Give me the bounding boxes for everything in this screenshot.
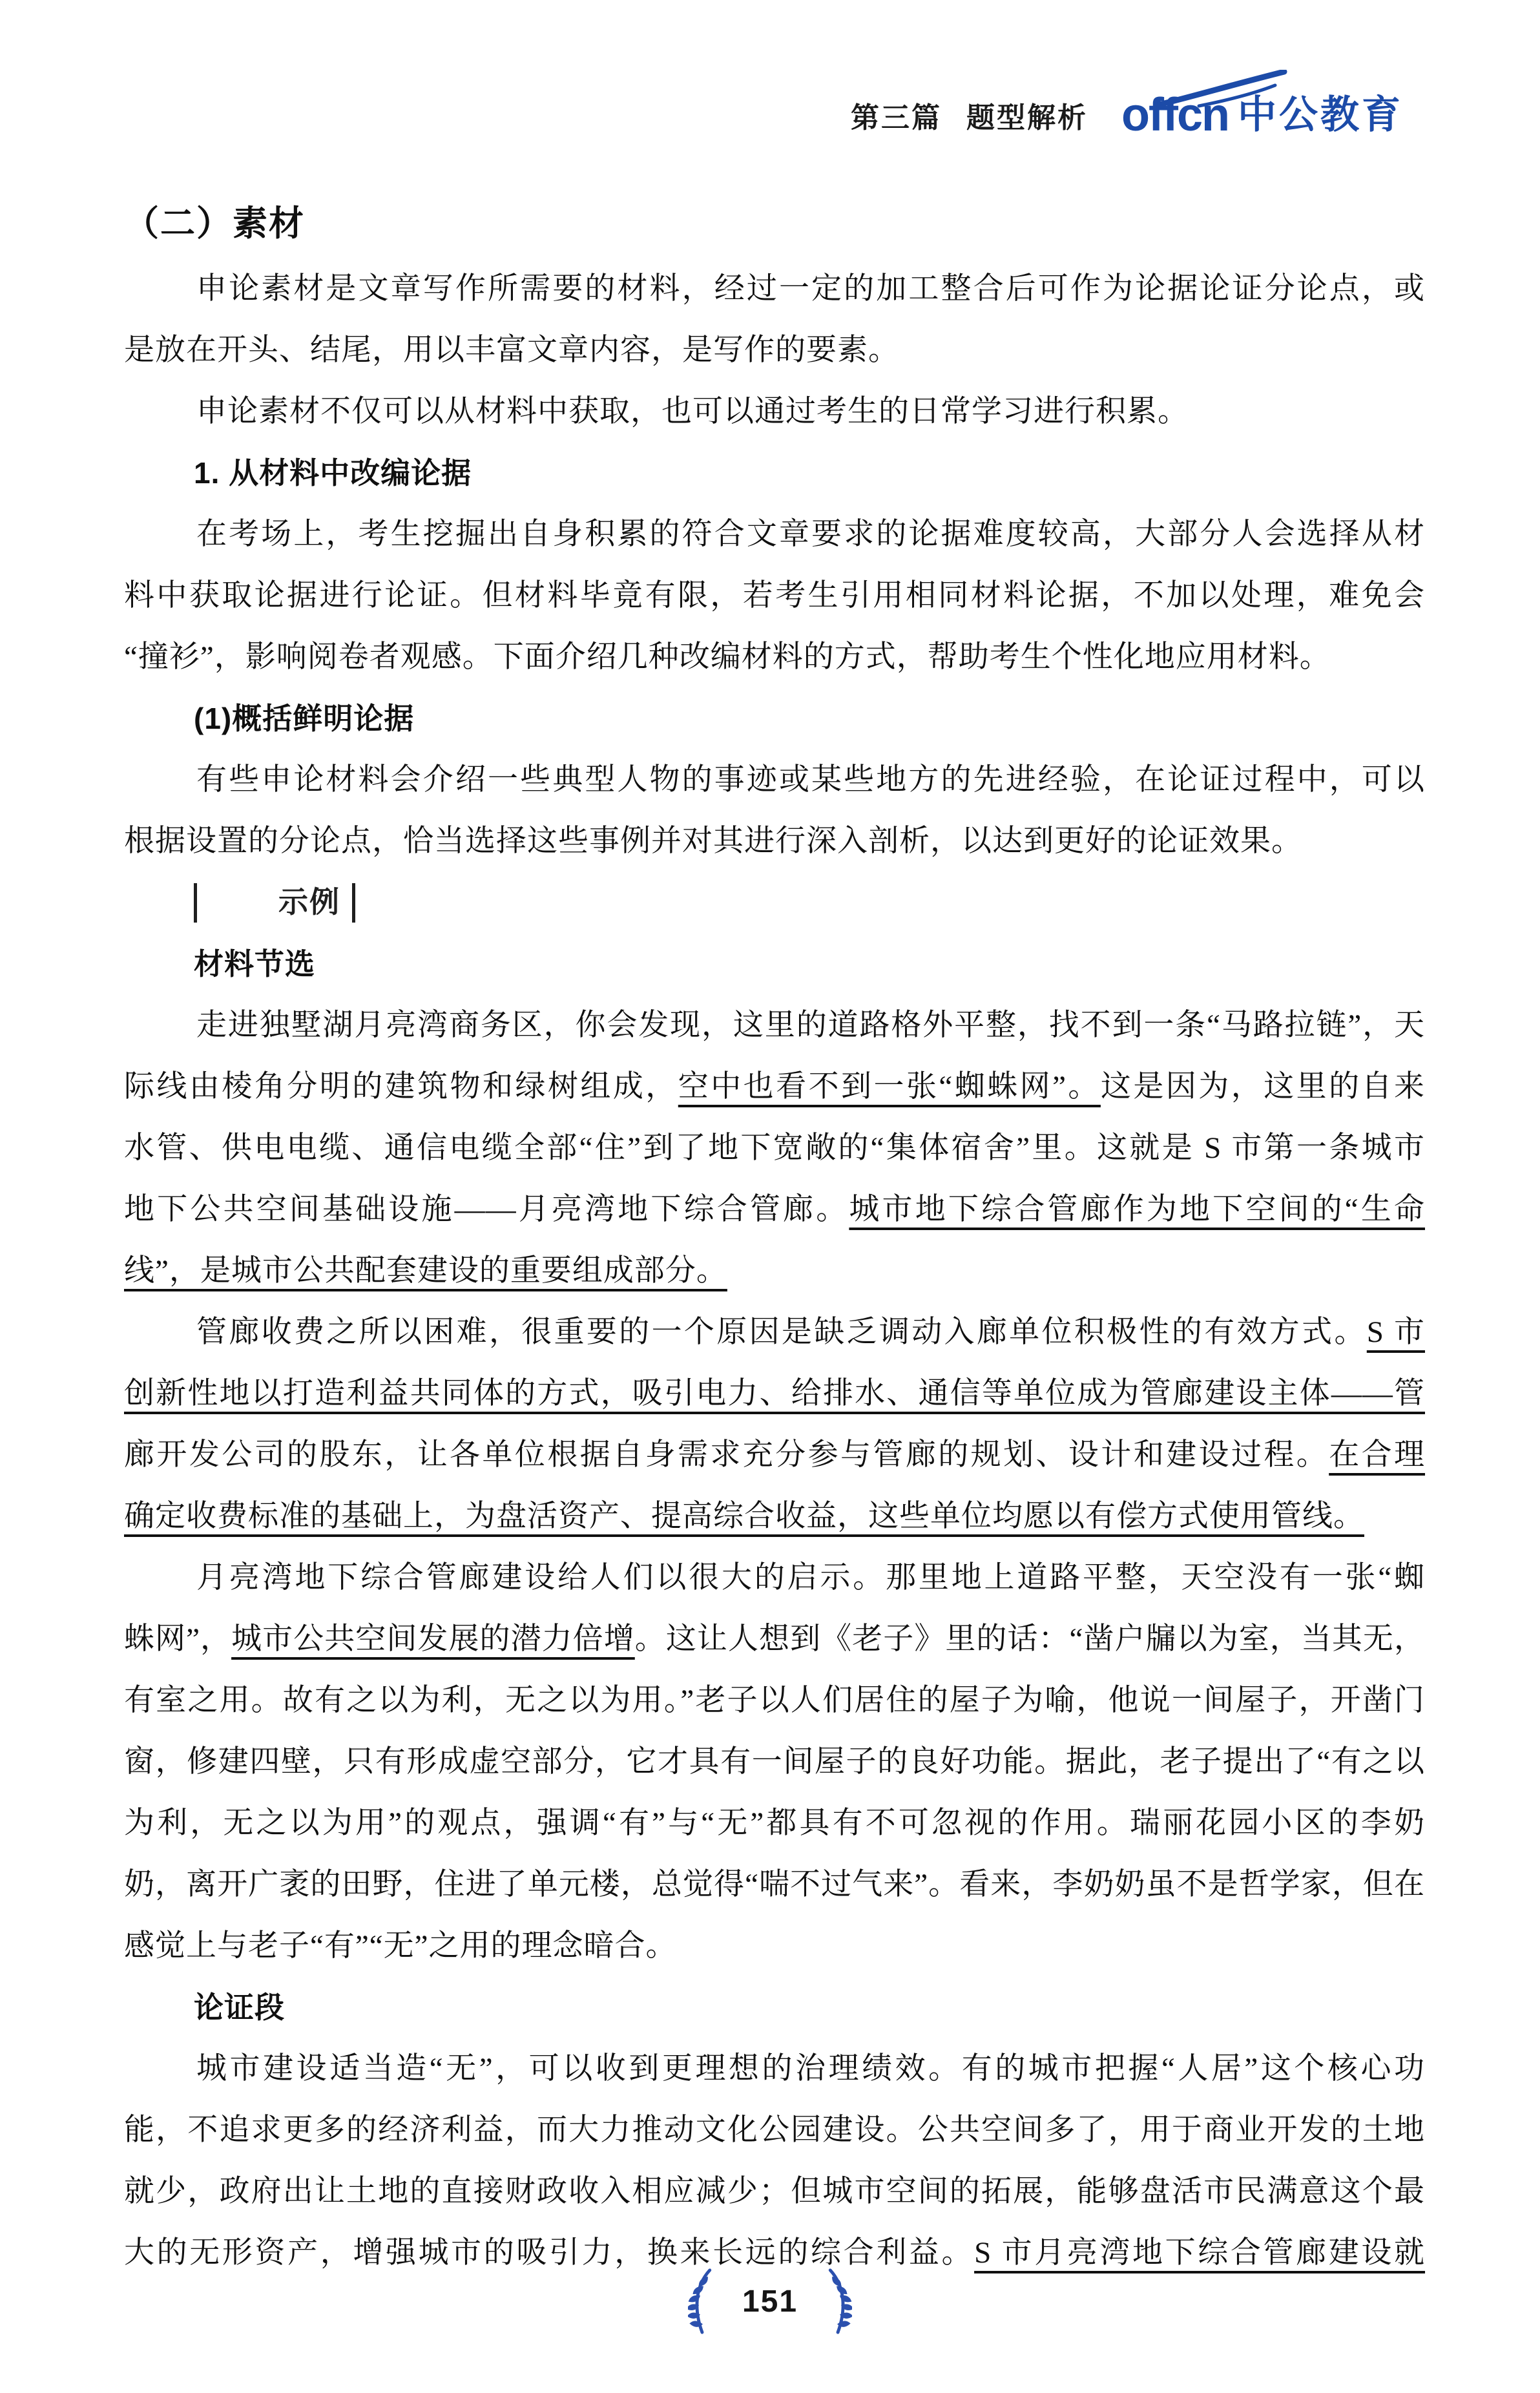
paragraph-line: 月亮湾地下综合管廊建设给人们以很大的启示。那里地上道路平整，天空没有一张“蜘: [124, 1547, 1425, 1609]
laurel-right-icon: [826, 2266, 852, 2336]
text-segment: 感觉上与老子“有”“无”之用的理念暗合。: [124, 1929, 676, 1963]
paragraph-line: 地下公共空间基础设施——月亮湾地下综合管廊。城市地下综合管廊作为地下空间的“生命: [124, 1179, 1425, 1240]
text-segment: 有些申论材料会介绍一些典型人物的事迹或某些地方的先进经验，在论证过程中，可以: [196, 763, 1425, 797]
text-segment: 这是因为，这里的自来: [1101, 1070, 1425, 1103]
paragraph-line: 感觉上与老子“有”“无”之用的理念暗合。: [124, 1916, 1425, 1977]
paragraph-line: 蛛网”，城市公共空间发展的潜力倍增。这让人想到《老子》里的话：“凿户牖以为室，当…: [124, 1609, 1425, 1670]
paragraph-line: 走进独墅湖月亮湾商务区，你会发现，这里的道路格外平整，找不到一条“马路拉链”，天: [124, 995, 1425, 1056]
text-segment: 能，不追求更多的经济利益，而大力推动文化公园建设。公共空间多了，用于商业开发的土…: [124, 2113, 1425, 2147]
paragraph-line: 际线由棱角分明的建筑物和绿树组成，空中也看不到一张“蜘蛛网”。这是因为，这里的自…: [124, 1056, 1425, 1118]
text-segment: 示例: [278, 886, 340, 919]
underlined-segment: 创新性地以打造利益共同体的方式，吸引电力、给排水、通信等单位成为管廊建设主体——…: [124, 1377, 1425, 1410]
paragraph-line: 为利，无之以为用”的观点，强调“有”与“无”都具有不可忽视的作用。瑞丽花园小区的…: [124, 1793, 1425, 1854]
page-body: （二）素材申论素材是文章写作所需要的材料，经过一定的加工整合后可作为论据论证分论…: [124, 189, 1425, 2284]
text-segment: 走进独墅湖月亮湾商务区，你会发现，这里的道路格外平整，找不到一条“马路拉链”，天: [196, 1008, 1425, 1042]
underlined-segment: 空中也看不到一张“蜘蛛网”。: [678, 1070, 1101, 1103]
running-head: 第三篇 题型解析 offcn 中公教育: [851, 92, 1403, 138]
underlined-segment: 确定收费标准的基础上，为盘活资产、提高综合收益，这些单位均愿以有偿方式使用管线。: [124, 1500, 1364, 1533]
example-marker: 示例: [124, 872, 1425, 934]
text-segment: (1)概括鲜明论据: [194, 702, 414, 735]
page-number: 151: [742, 2284, 798, 2319]
material-label: 材料节选: [124, 934, 1425, 995]
logo-text-en: offcn: [1121, 92, 1229, 138]
paragraph-line: 确定收费标准的基础上，为盘活资产、提高综合收益，这些单位均愿以有偿方式使用管线。: [124, 1486, 1425, 1547]
laurel-left-icon: [688, 2266, 714, 2336]
text-segment: （二）素材: [124, 204, 305, 243]
heading-sub: 1. 从材料中改编论据: [124, 443, 1425, 504]
heading-sub: (1)概括鲜明论据: [124, 688, 1425, 749]
book-page: { "header": { "part_label": "第三篇", "part…: [0, 0, 1540, 2393]
text-segment: 根据设置的分论点，恰当选择这些事例并对其进行深入剖析，以达到更好的论证效果。: [124, 824, 1302, 858]
offcn-logo: offcn 中公教育: [1121, 92, 1403, 138]
text-segment: 窗，修建四壁，只有形成虚空部分，它才具有一间屋子的良好功能。据此，老子提出了“有…: [124, 1745, 1425, 1779]
paragraph-line: 窗，修建四壁，只有形成虚空部分，它才具有一间屋子的良好功能。据此，老子提出了“有…: [124, 1731, 1425, 1793]
paragraph-line: 廊开发公司的股东，让各单位根据自身需求充分参与管廊的规划、设计和建设过程。在合理: [124, 1425, 1425, 1486]
paragraph-line: 管廊收费之所以困难，很重要的一个原因是缺乏调动入廊单位积极性的有效方式。S 市: [124, 1302, 1425, 1363]
material-label: 论证段: [124, 1977, 1425, 2038]
text-segment: 有室之用。故有之以为利，无之以为用。”老子以人们居住的屋子为喻，他说一间屋子，开…: [124, 1684, 1425, 1717]
paragraph-line: 线”，是城市公共配套建设的重要组成部分。: [124, 1240, 1425, 1302]
paragraph-line: 料中获取论据进行论证。但材料毕竟有限，若考生引用相同材料论据，不加以处理，难免会: [124, 565, 1425, 627]
underlined-segment: 在合理: [1329, 1438, 1425, 1472]
underlined-segment: 城市公共空间发展的潜力倍增: [231, 1622, 635, 1656]
text-segment: 月亮湾地下综合管廊建设给人们以很大的启示。那里地上道路平整，天空没有一张“蜘: [196, 1561, 1425, 1594]
text-segment: “撞衫”，影响阅卷者观感。下面介绍几种改编材料的方式，帮助考生个性化地应用材料。: [124, 640, 1331, 674]
text-segment: 材料节选: [194, 947, 315, 981]
text-segment: 廊开发公司的股东，让各单位根据自身需求充分参与管廊的规划、设计和建设过程。: [124, 1438, 1329, 1472]
paragraph-line: 城市建设适当造“无”，可以收到更理想的治理绩效。有的城市把握“人居”这个核心功: [124, 2038, 1425, 2100]
paragraph-line: 创新性地以打造利益共同体的方式，吸引电力、给排水、通信等单位成为管廊建设主体——…: [124, 1363, 1425, 1425]
logo-text-cn: 中公教育: [1238, 96, 1403, 134]
heading-section: （二）素材: [124, 189, 1425, 258]
paragraph-line: 奶，离开广袤的田野，住进了单元楼，总觉得“喘不过气来”。看来，李奶奶虽不是哲学家…: [124, 1854, 1425, 1916]
underlined-segment: S 市月亮湾地下综合管廊建设就: [974, 2236, 1425, 2270]
paragraph-line: 水管、供电电缆、通信电缆全部“住”到了地下宽敞的“集体宿舍”里。这就是 S 市第…: [124, 1118, 1425, 1179]
underlined-segment: S 市: [1367, 1315, 1425, 1349]
text-segment: 申论素材是文章写作所需要的材料，经过一定的加工整合后可作为论据论证分论点，或: [196, 272, 1425, 306]
text-segment: 是放在开头、结尾，用以丰富文章内容，是写作的要素。: [124, 333, 899, 367]
text-segment: 在考场上，考生挖掘出自身积累的符合文章要求的论据难度较高，大部分人会选择从材: [196, 517, 1425, 551]
paragraph-line: 申论素材不仅可以从材料中获取，也可以通过考生的日常学习进行积累。: [124, 381, 1425, 443]
text-segment: 管廊收费之所以困难，很重要的一个原因是缺乏调动入廊单位积极性的有效方式。: [196, 1315, 1367, 1349]
example-tag: 示例: [194, 883, 355, 923]
part-title: 题型解析: [966, 94, 1088, 136]
part-label: 第三篇: [851, 94, 942, 136]
paragraph-line: 申论素材是文章写作所需要的材料，经过一定的加工整合后可作为论据论证分论点，或: [124, 258, 1425, 320]
text-segment: 料中获取论据进行论证。但材料毕竟有限，若考生引用相同材料论据，不加以处理，难免会: [124, 579, 1425, 612]
text-segment: 。这让人想到《老子》里的话：“凿户牖以为室，当其无，: [635, 1622, 1425, 1656]
paragraph-line: 有些申论材料会介绍一些典型人物的事迹或某些地方的先进经验，在论证过程中，可以: [124, 749, 1425, 811]
paragraph-line: 根据设置的分论点，恰当选择这些事例并对其进行深入剖析，以达到更好的论证效果。: [124, 811, 1425, 872]
text-segment: 奶，离开广袤的田野，住进了单元楼，总觉得“喘不过气来”。看来，李奶奶虽不是哲学家…: [124, 1868, 1425, 1901]
text-segment: 水管、供电电缆、通信电缆全部“住”到了地下宽敞的“集体宿舍”里。这就是 S 市第…: [124, 1131, 1425, 1165]
text-segment: 论证段: [194, 1991, 285, 2024]
paragraph-line: 是放在开头、结尾，用以丰富文章内容，是写作的要素。: [124, 320, 1425, 381]
text-segment: 就少，政府出让土地的直接财政收入相应减少；但城市空间的拓展，能够盘活市民满意这个…: [124, 2175, 1425, 2208]
paragraph-line: 就少，政府出让土地的直接财政收入相应减少；但城市空间的拓展，能够盘活市民满意这个…: [124, 2161, 1425, 2222]
underlined-segment: 城市地下综合管廊作为地下空间的“生命: [849, 1193, 1425, 1226]
text-segment: 为利，无之以为用”的观点，强调“有”与“无”都具有不可忽视的作用。瑞丽花园小区的…: [124, 1806, 1425, 1840]
text-segment: 申论素材不仅可以从材料中获取，也可以通过考生的日常学习进行积累。: [196, 395, 1189, 428]
text-segment: 大的无形资产，增强城市的吸引力，换来长远的综合利益。: [124, 2236, 974, 2270]
text-segment: 蛛网”，: [124, 1622, 231, 1656]
underlined-segment: 线”，是城市公共配套建设的重要组成部分。: [124, 1254, 727, 1288]
paragraph-line: 有室之用。故有之以为利，无之以为用。”老子以人们居住的屋子为喻，他说一间屋子，开…: [124, 1670, 1425, 1731]
page-footer: 151: [0, 2266, 1540, 2336]
text-segment: 城市建设适当造“无”，可以收到更理想的治理绩效。有的城市把握“人居”这个核心功: [196, 2052, 1425, 2085]
paragraph-line: “撞衫”，影响阅卷者观感。下面介绍几种改编材料的方式，帮助考生个性化地应用材料。: [124, 627, 1425, 688]
paragraph-line: 能，不追求更多的经济利益，而大力推动文化公园建设。公共空间多了，用于商业开发的土…: [124, 2100, 1425, 2161]
text-segment: 地下公共空间基础设施——月亮湾地下综合管廊。: [124, 1193, 849, 1226]
paragraph-line: 在考场上，考生挖掘出自身积累的符合文章要求的论据难度较高，大部分人会选择从材: [124, 504, 1425, 565]
text-segment: 际线由棱角分明的建筑物和绿树组成，: [124, 1070, 678, 1103]
text-segment: 1. 从材料中改编论据: [194, 456, 472, 490]
